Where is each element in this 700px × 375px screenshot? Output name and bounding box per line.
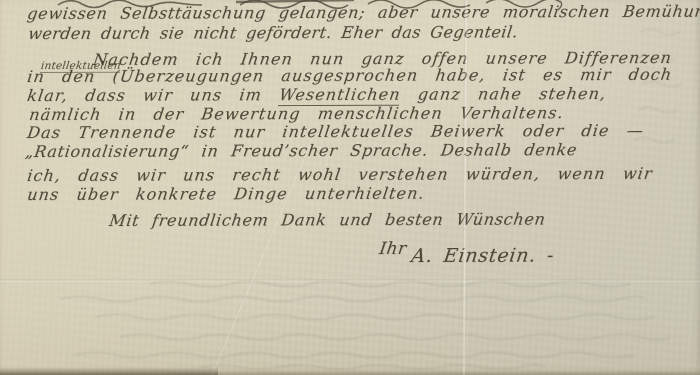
signature-salutation: Ihr (378, 240, 408, 260)
letter-line-9: ich, dass wir uns recht wohl verstehen w… (26, 165, 654, 186)
letter-line-2: werden durch sie nicht gefördert. Eher d… (27, 23, 519, 43)
letter-line-1: gewissen Selbsttäuschung gelangen; aber … (26, 3, 700, 24)
signature: A. Einstein. - (410, 246, 556, 268)
horizontal-fold-crease (0, 279, 700, 282)
underlined-word: Wesentlichen (278, 85, 402, 106)
page-edge-shadow-right (218, 371, 700, 375)
closing-line: Mit freundlichem Dank und besten Wünsche… (108, 210, 547, 230)
line-5-text-before: klar, dass wir uns im (26, 85, 280, 105)
page-edge-shadow (0, 367, 218, 375)
strikethrough-mark (236, 0, 354, 2)
line-5-text-after: ganz nahe stehen, (399, 84, 607, 104)
letter-line-10: uns über konkrete Dinge unterhielten. (26, 185, 426, 205)
letter-photograph: gewissen Selbsttäuschung gelangen; aber … (0, 0, 700, 375)
